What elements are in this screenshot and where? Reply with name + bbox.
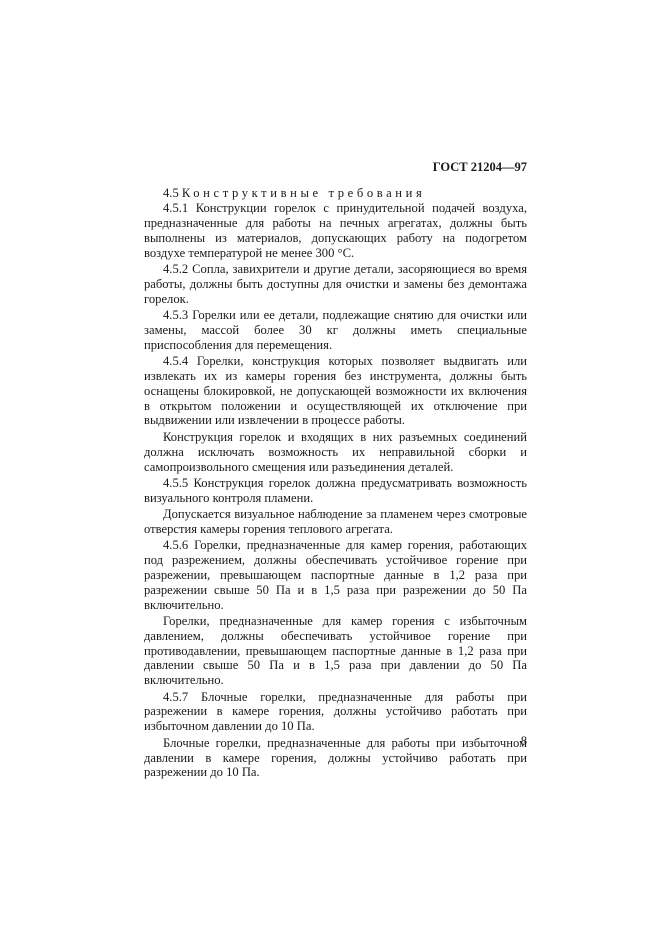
document-body: 4.5 Конструктивные требования 4.5.1 Конс… bbox=[144, 186, 527, 782]
paragraph-4-5-2: 4.5.2 Сопла, завихрители и другие детали… bbox=[144, 262, 527, 307]
section-number: 4.5 bbox=[163, 186, 179, 200]
paragraph-4-5-4: 4.5.4 Горелки, конструкция которых позво… bbox=[144, 354, 527, 429]
section-heading: 4.5 Конструктивные требования bbox=[144, 186, 527, 201]
paragraph-4-5-4-continued: Конструкция горелок и входящих в них раз… bbox=[144, 430, 527, 475]
paragraph-4-5-3: 4.5.3 Горелки или ее детали, подлежащие … bbox=[144, 308, 527, 353]
paragraph-4-5-6: 4.5.6 Горелки, предназначенные для камер… bbox=[144, 538, 527, 613]
standard-designation: ГОСТ 21204—97 bbox=[144, 160, 527, 175]
paragraph-4-5-5: 4.5.5 Конструкция горелок должна предусм… bbox=[144, 476, 527, 506]
page-number: 8 bbox=[144, 734, 527, 749]
section-title: Конструктивные требования bbox=[182, 186, 425, 200]
paragraph-4-5-1: 4.5.1 Конструкции горелок с принудительн… bbox=[144, 201, 527, 261]
paragraph-4-5-6-continued: Горелки, предназначенные для камер горен… bbox=[144, 614, 527, 689]
paragraph-4-5-5-continued: Допускается визуальное наблюдение за пла… bbox=[144, 507, 527, 537]
document-page: ГОСТ 21204—97 4.5 Конструктивные требова… bbox=[0, 0, 661, 936]
paragraph-4-5-7: 4.5.7 Блочные горелки, предназначенные д… bbox=[144, 690, 527, 735]
